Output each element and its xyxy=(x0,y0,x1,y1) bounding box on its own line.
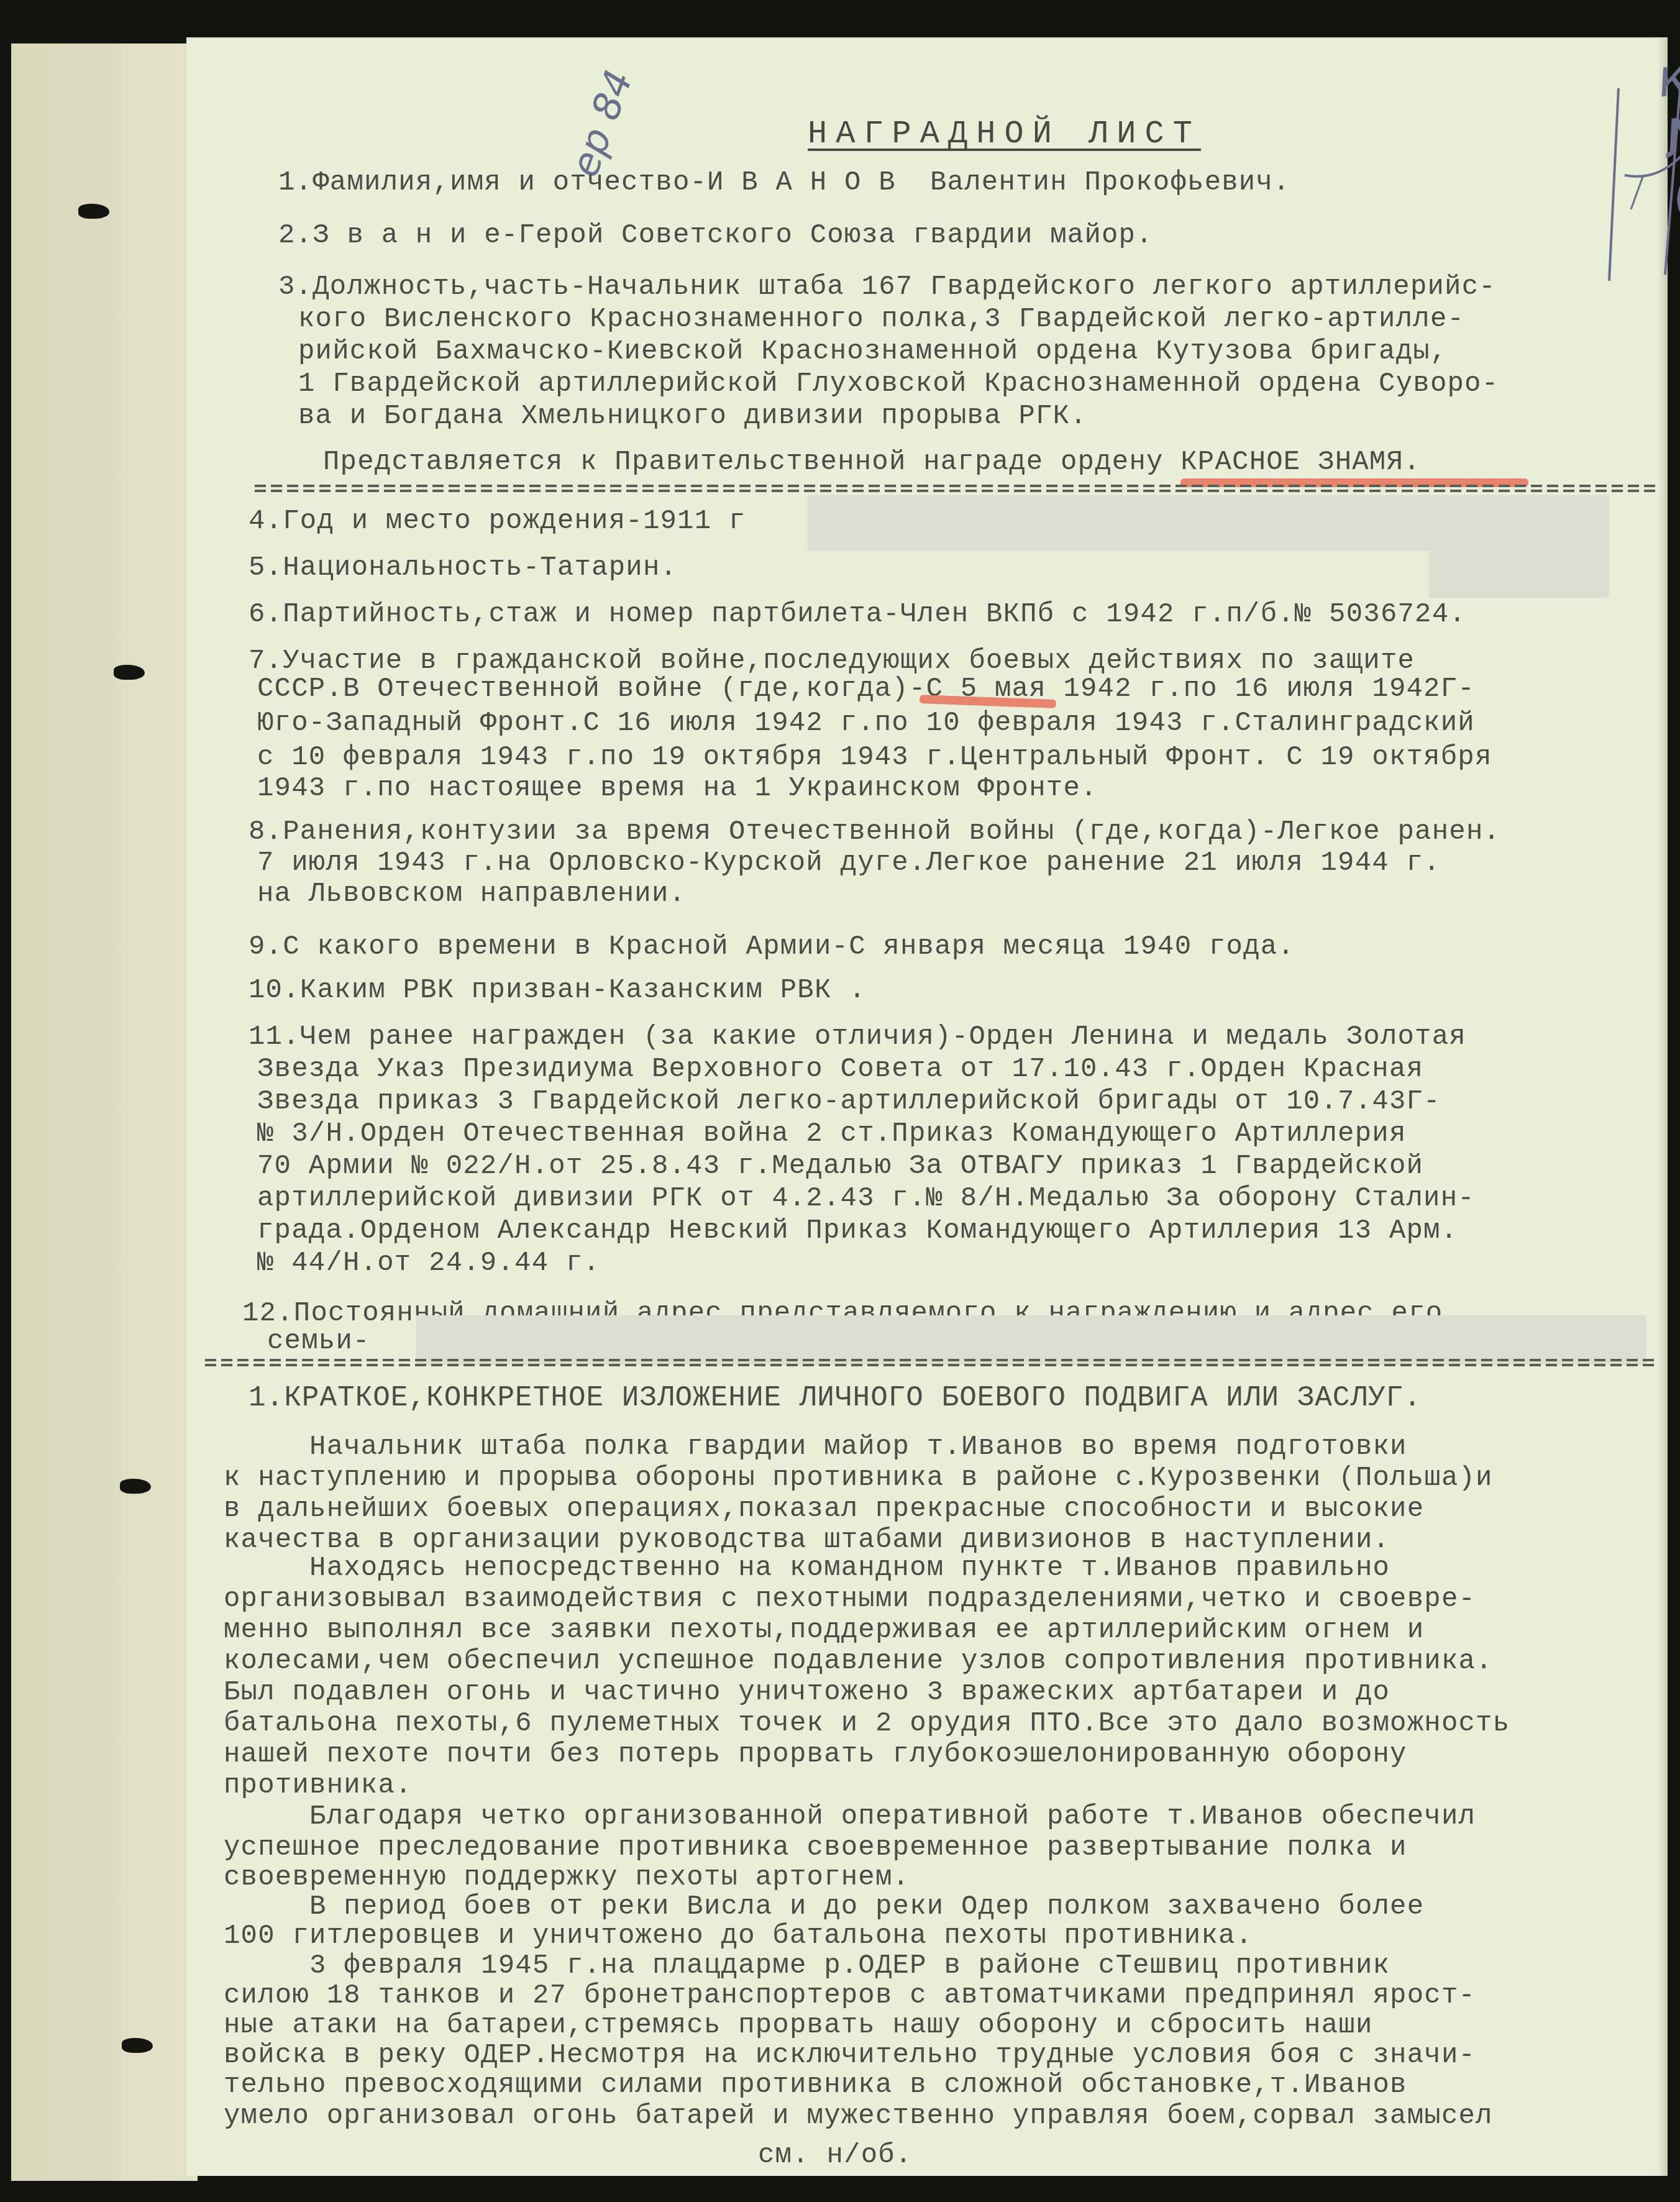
punch-hole xyxy=(122,2038,153,2053)
feat-text-line: войска в реку ОДЕР.Несмотря на исключите… xyxy=(224,2042,1476,2069)
punch-hole xyxy=(114,665,145,680)
field-11-awards-line: града.Орденом Александр Невский Приказ К… xyxy=(257,1217,1458,1245)
field-10-draft-office: 10.Каким РВК призван-Казанским РВК . xyxy=(249,977,866,1004)
field-1-name: 1.Фамилия,имя и отчество-И В А Н О В Вал… xyxy=(278,169,1290,196)
feat-text-line: успешное преследование противника своевр… xyxy=(224,1834,1407,1862)
feat-text-line: Был подавлен огонь и частично уничтожено… xyxy=(224,1679,1390,1706)
binding-strip xyxy=(11,43,198,2181)
field-4-birth: 4.Год и место рождения-1911 г xyxy=(249,508,746,535)
field-9-service-since: 9.С какого времени в Красной Армии-С янв… xyxy=(249,933,1295,961)
feat-text-line: организовывал взаимодействия с пехотными… xyxy=(224,1586,1476,1613)
feat-text-line: ные атаки на батареи,стремясь прорвать н… xyxy=(224,2012,1373,2039)
double-separator xyxy=(205,1359,1659,1368)
field-11-awards-line: № 44/Н.от 24.9.44 г. xyxy=(257,1249,600,1277)
feat-text-line: умело организовал огонь батарей и мужест… xyxy=(224,2103,1493,2130)
nomination-statement: Представляется к Правительственной награ… xyxy=(323,449,1421,476)
field-2-rank: 2.З в а н и е-Герой Советского Союза гва… xyxy=(278,222,1153,249)
document-title: НАГРАДНОЙ ЛИСТ xyxy=(808,118,1201,150)
redacted-address xyxy=(416,1315,1646,1365)
punch-hole xyxy=(120,1479,151,1494)
feat-text-line: своевременную поддержку пехоты артогнем. xyxy=(224,1864,910,1891)
margin-note: ер 84 xyxy=(562,64,642,182)
field-11-awards-line: 70 Армии № 022/Н.от 25.8.43 г.Медалью За… xyxy=(257,1153,1423,1180)
page-edge xyxy=(1658,39,1668,2176)
feat-text-line: силою 18 танков и 27 бронетранспортеров … xyxy=(224,1982,1476,2009)
field-11-awards-line: 11.Чем ранее награжден (за какие отличия… xyxy=(249,1023,1466,1051)
field-3-position-line: ва и Богдана Хмельницкого дивизии прорыв… xyxy=(298,403,1087,430)
feat-text-line: Находясь непосредственно на командном пу… xyxy=(224,1555,1390,1582)
feat-text-line: противника. xyxy=(224,1772,413,1799)
field-11-awards-line: Звезда Указ Президиума Верховного Совета… xyxy=(257,1056,1423,1083)
punch-hole xyxy=(78,204,109,219)
feat-text-line: 3 февраля 1945 г.на плацдарме р.ОДЕР в р… xyxy=(224,1952,1390,1980)
redacted-birthplace xyxy=(808,495,1609,551)
field-11-awards-line: артиллерийской дивизии РГК от 4.2.43 г.№… xyxy=(257,1185,1475,1212)
field-5-nationality: 5.Национальность-Татарин. xyxy=(249,554,677,582)
field-7-service-line: 7.Участие в гражданской войне,последующи… xyxy=(249,647,1415,675)
redacted-birthplace xyxy=(1429,548,1609,598)
feat-text-line: к наступлению и прорыва обороны противни… xyxy=(224,1464,1493,1492)
feat-text-line: 100 гитлеровцев и уничтожено до батальон… xyxy=(224,1922,1253,1950)
feat-text-line: в дальнейших боевых операциях,показал пр… xyxy=(224,1496,1424,1523)
feat-text-line: батальона пехоты,6 пулеметных точек и 2 … xyxy=(224,1710,1510,1737)
page-mark-17-icon xyxy=(1606,76,1680,281)
feat-text-line: нашей пехоте почти без потерь прорвать г… xyxy=(224,1741,1407,1768)
field-6-party: 6.Партийность,стаж и номер партбилета-Чл… xyxy=(249,601,1466,628)
feat-text-line: колесами,чем обеспечил успешное подавлен… xyxy=(224,1648,1493,1675)
field-3-position-line: 3.Должность,часть-Начальник штаба 167 Гв… xyxy=(278,273,1496,301)
double-separator xyxy=(255,485,1659,493)
field-3-position-line: рийской Бахмачско-Киевской Краснознаменн… xyxy=(298,338,1448,365)
field-7-service-line: с 10 февраля 1943 г.по 19 октября 1943 г… xyxy=(257,744,1492,771)
feat-text-line: менно выполнял все заявки пехоты,поддерж… xyxy=(224,1617,1424,1644)
feat-text-line: тельно превосходящими силами противника … xyxy=(224,2072,1407,2099)
field-8-wounds-line: на Львовском направлении. xyxy=(257,880,686,908)
field-3-position-line: кого Висленского Краснознаменного полка,… xyxy=(298,306,1464,333)
field-11-awards-line: № 3/Н.Орден Отечественная война 2 ст.При… xyxy=(257,1120,1407,1148)
field-7-service-line: СССР.В Отечественной войне (где,когда)-С… xyxy=(257,675,1475,703)
field-7-service-line: 1943 г.по настоящее время на 1 Украинско… xyxy=(257,775,1098,802)
award-sheet-page: к вх № 0674 ер 84 НАГРАДНОЙ ЛИСТ 1.Фамил… xyxy=(186,37,1668,2176)
feat-section-heading: 1.КРАТКОЕ,КОНКРЕТНОЕ ИЗЛОЖЕНИЕ ЛИЧНОГО Б… xyxy=(249,1384,1422,1412)
continued-overleaf-note: см. н/об. xyxy=(758,2142,912,2169)
field-7-service-line: Юго-Западный Фронт.С 16 июля 1942 г.по 1… xyxy=(257,710,1475,737)
field-12-address-line: семьи- xyxy=(267,1328,370,1355)
field-8-wounds-line: 8.Ранения,контузии за время Отечественно… xyxy=(249,818,1500,846)
feat-text-line: Начальник штаба полка гвардии майор т.Ив… xyxy=(224,1433,1407,1461)
feat-text-line: Благодаря четко организованной оперативн… xyxy=(224,1803,1476,1830)
field-3-position-line: 1 Гвардейской артиллерийской Глуховской … xyxy=(298,370,1499,398)
field-8-wounds-line: 7 июля 1943 г.на Орловско-Курской дуге.Л… xyxy=(257,849,1441,877)
feat-text-line: В период боев от реки Висла и до реки Од… xyxy=(224,1893,1424,1921)
field-11-awards-line: Звезда приказ 3 Гвардейской легко-артилл… xyxy=(257,1088,1441,1115)
feat-text-line: качества в организации руководства штаба… xyxy=(224,1527,1390,1554)
